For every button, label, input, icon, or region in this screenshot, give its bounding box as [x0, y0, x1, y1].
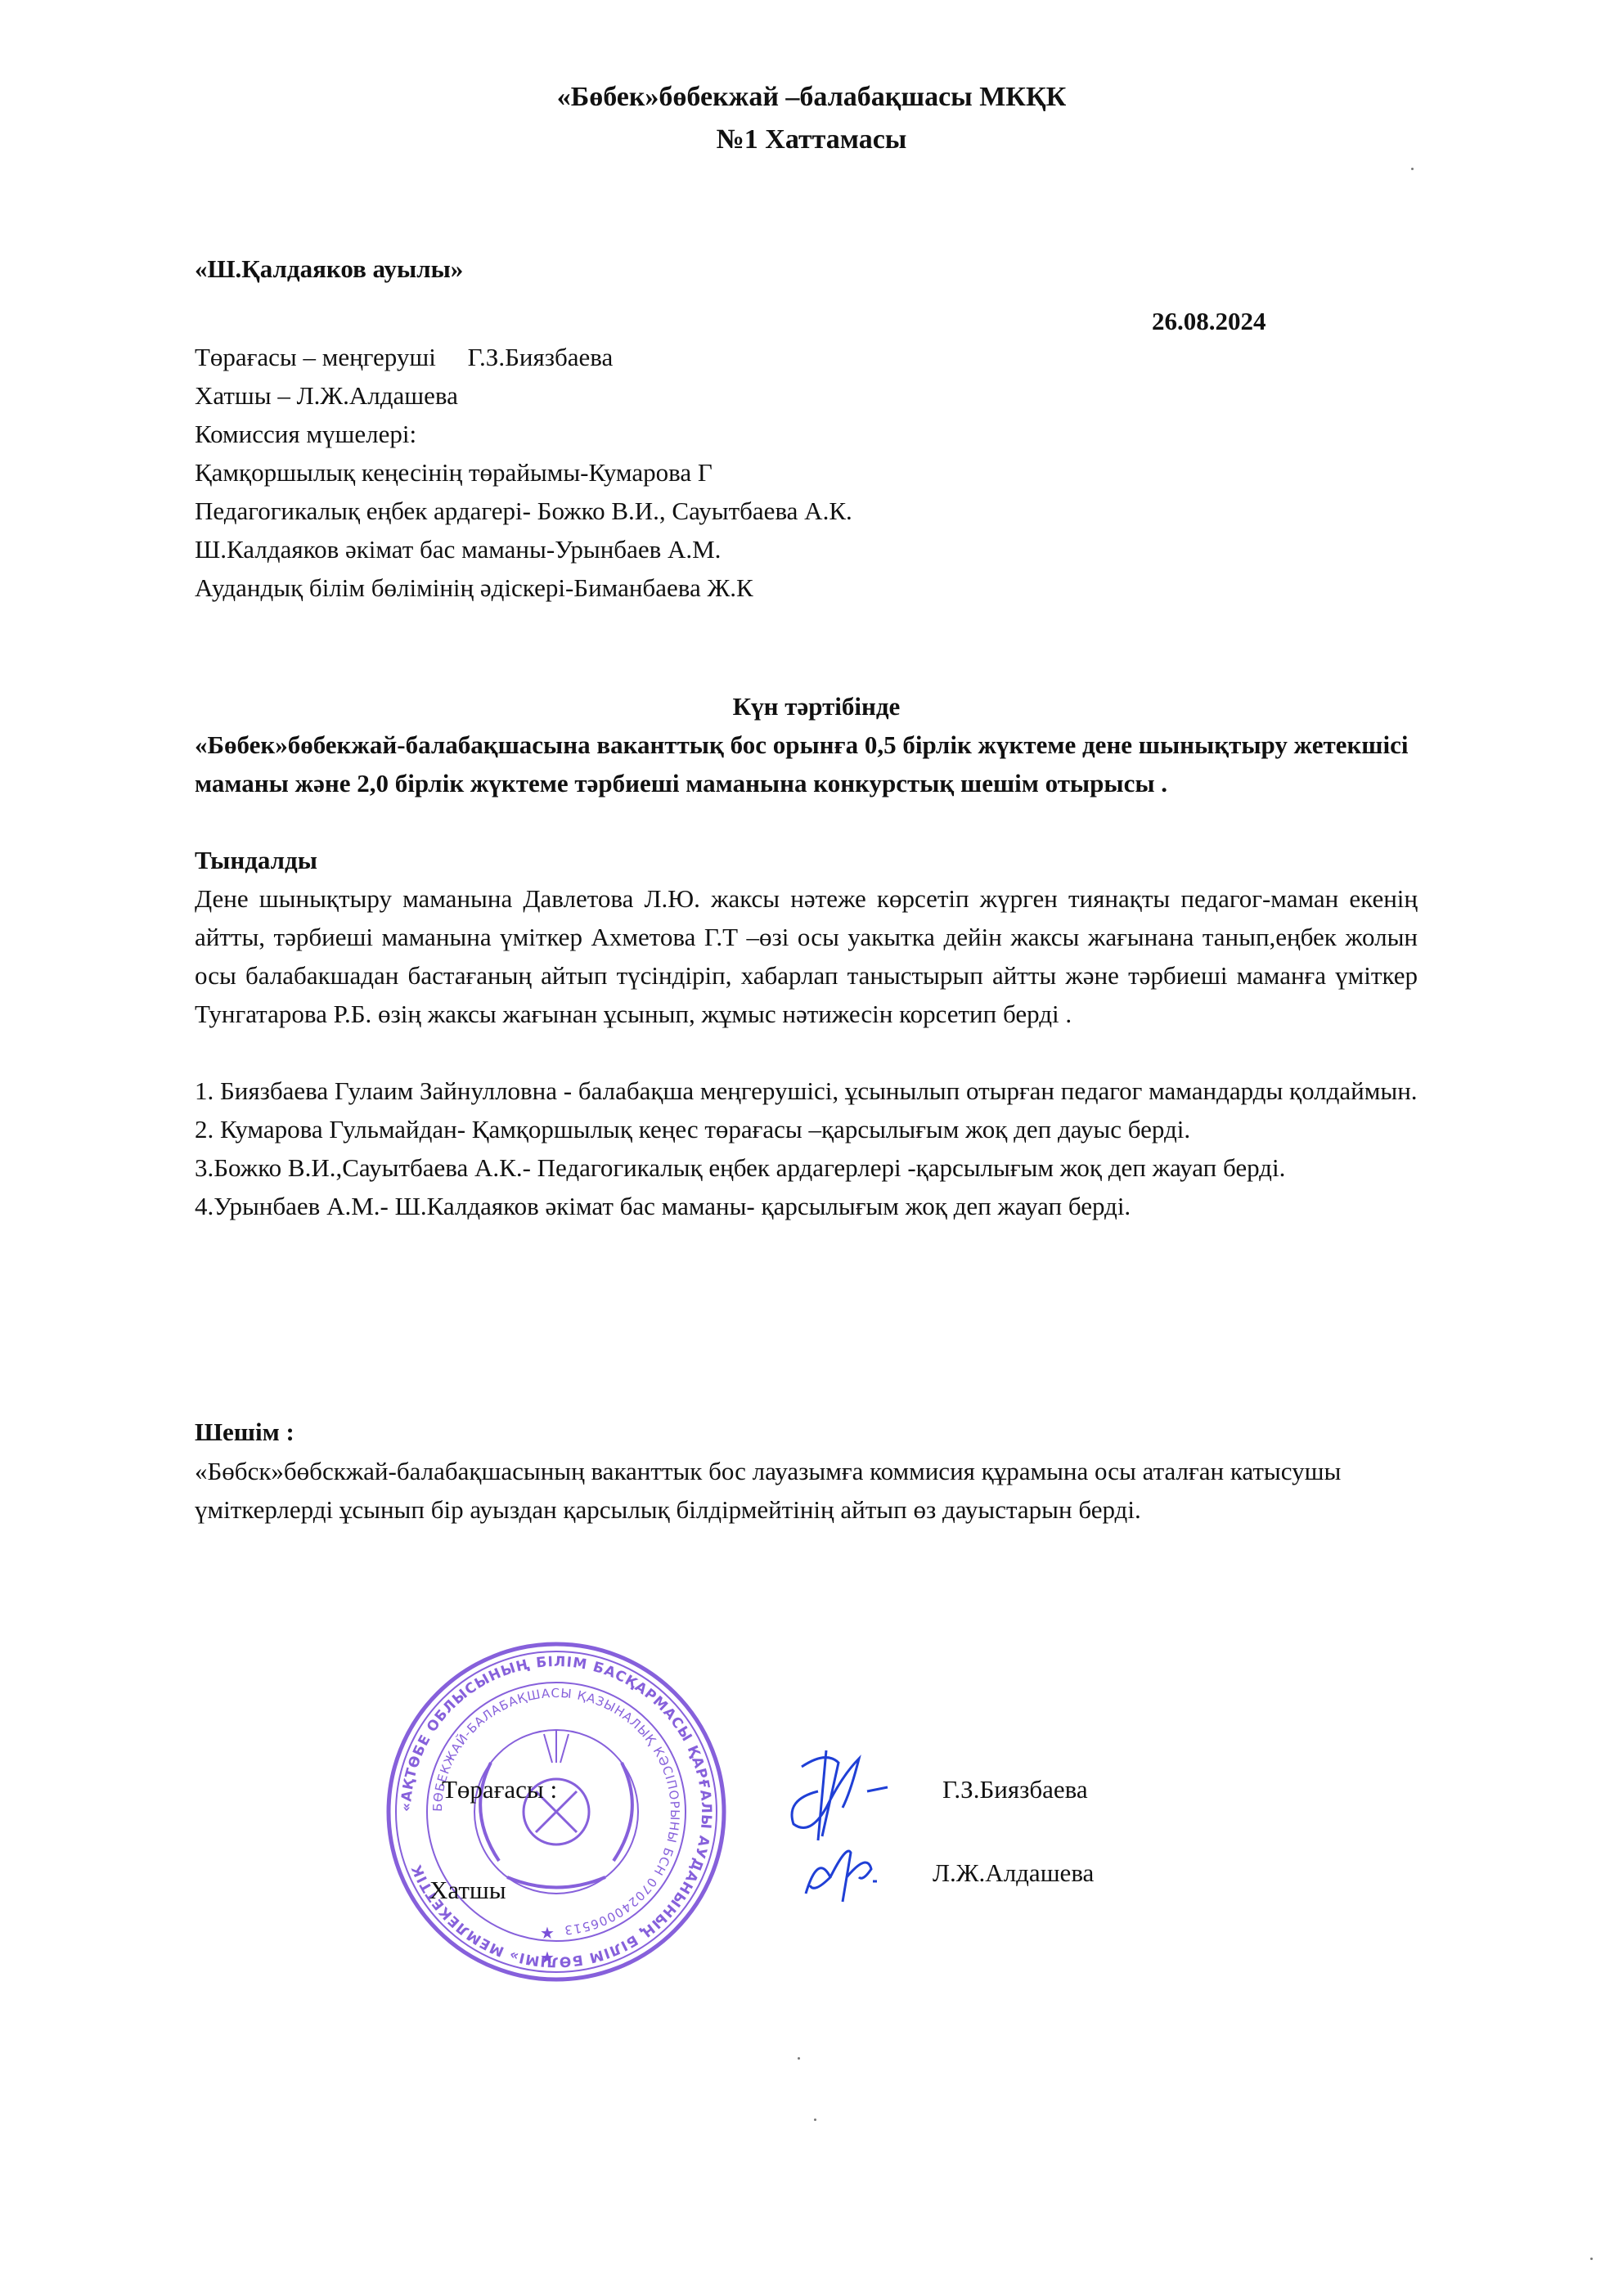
document-page: «Бөбек»бөбекжай –балабақшасы МКҚК №1 Хат… [0, 0, 1623, 2296]
scan-speck [798, 2057, 800, 2060]
svg-text:★: ★ [540, 1949, 555, 1967]
chair-label: Төрағасы : [442, 1775, 557, 1804]
location: «Ш.Қалдаяков ауылы» [195, 250, 463, 288]
agenda-text: «Бөбек»бөбекжай-балабақшасына ваканттық … [195, 726, 1422, 802]
heard-text: Дене шынықтыру маманына Давлетова Л.Ю. ж… [195, 879, 1418, 1033]
secretary-name: Л.Ж.Алдашева [933, 1858, 1094, 1888]
scan-speck [1411, 168, 1414, 170]
statement-item: 2. Кумарова Гульмайдан- Қамқоршылық кеңе… [195, 1110, 1446, 1148]
org-title: «Бөбек»бөбекжай –балабақшасы МКҚК [0, 82, 1623, 113]
svg-text:★: ★ [540, 1925, 555, 1943]
scan-speck [1590, 2258, 1593, 2260]
participant-line: Педагогикалық еңбек ардагері- Божко В.И.… [195, 492, 1438, 530]
participant-line: Ш.Калдаяков әкімат бас маманы-Урынбаев А… [195, 530, 1438, 568]
decision-heading: Шешім : [195, 1413, 1438, 1451]
secretary-label: Хатшы [429, 1876, 506, 1905]
statement-item: 4.Урынбаев А.М.- Ш.Калдаяков әкімат бас … [195, 1187, 1446, 1225]
decision-text: «Бөбск»бөбскжай-балабақшасының ваканттык… [195, 1452, 1438, 1529]
heard-heading: Тындалды [195, 841, 1438, 879]
participant-line: Қамқоршылық кеңесінің төрайымы-Кумарова … [195, 453, 1438, 492]
statements-list: 1. Биязбаева Гулаим Зайнулловна - балаба… [195, 1072, 1446, 1225]
agenda-heading: Күн тәртібінде [195, 687, 1438, 726]
participant-line: Төрағасы – меңгеруші Г.З.Биязбаева [195, 338, 1438, 376]
participants-list: Төрағасы – меңгеруші Г.З.Биязбаева Хатшы… [195, 338, 1438, 607]
statement-item: 1. Биязбаева Гулаим Зайнулловна - балаба… [195, 1072, 1446, 1110]
statement-item: 3.Божко В.И.,Сауытбаева А.К.- Педагогика… [195, 1148, 1446, 1187]
scan-speck [814, 2119, 816, 2121]
chair-signature-icon [769, 1742, 892, 1849]
chair-name: Г.З.Биязбаева [942, 1775, 1088, 1804]
official-stamp-icon: «АҚТӨБЕ ОБЛЫСЫНЫҢ БІЛІМ БАСҚАРМАСЫ ҚАРҒА… [384, 1640, 728, 1984]
protocol-title: №1 Хаттамасы [0, 124, 1623, 155]
secretary-signature-icon [798, 1844, 888, 1910]
participant-line: Хатшы – Л.Ж.Алдашева [195, 376, 1438, 415]
participant-line: Аудандық білім бөлімінің әдіскері-Биманб… [195, 568, 1438, 607]
date: 26.08.2024 [1152, 303, 1266, 340]
participant-line: Комиссия мүшелері: [195, 415, 1438, 453]
